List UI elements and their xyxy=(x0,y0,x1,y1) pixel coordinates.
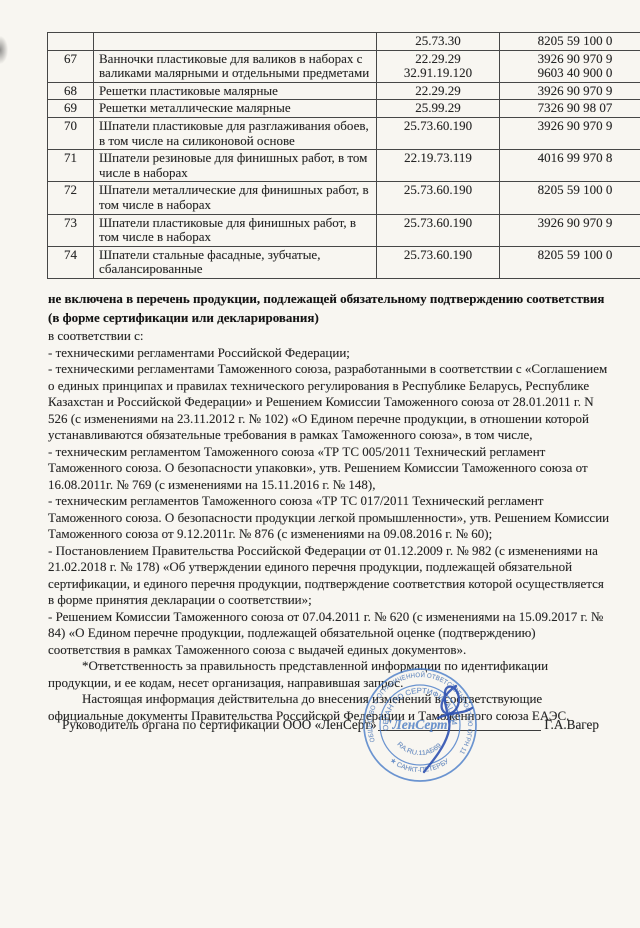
product-codes-table-body: 25.73.30 8205 59 100 0 67 Ванночки пласт… xyxy=(48,33,640,279)
okpd-code-cell: 22.29.29 xyxy=(377,82,500,100)
legal-reference-item: - Решением Комиссии Таможенного союза от… xyxy=(48,609,610,659)
row-number-cell: 71 xyxy=(48,150,94,182)
scanned-document-page: 25.73.30 8205 59 100 0 67 Ванночки пласт… xyxy=(0,0,640,928)
intro-line: в соответствии с: xyxy=(48,328,610,345)
table-row: 68 Решетки пластиковые малярные 22.29.29… xyxy=(48,82,640,100)
okpd-code-cell: 25.73.60.190 xyxy=(377,246,500,278)
description-cell: Шпатели пластиковые для разглаживания об… xyxy=(94,117,377,149)
row-number-cell: 70 xyxy=(48,117,94,149)
signature-label: Руководитель органа по сертификации ООО … xyxy=(62,717,377,733)
tnved-code-cell: 3926 90 970 9 xyxy=(500,117,640,149)
description-cell: Ванночки пластиковые для валиков в набор… xyxy=(94,50,377,82)
tnved-code-cell: 3926 90 970 9 xyxy=(500,82,640,100)
tnved-code-cell: 3926 90 970 9 xyxy=(500,214,640,246)
table-row: 69 Решетки металлические малярные 25.99.… xyxy=(48,100,640,118)
tnved-code-cell: 3926 90 970 99603 40 900 0 xyxy=(500,50,640,82)
statement-body: не включена в перечень продукции, подлеж… xyxy=(48,289,610,724)
note-responsibility: *Ответственность за правильность предста… xyxy=(48,658,610,691)
row-number-cell: 72 xyxy=(48,182,94,214)
okpd-code-cell: 25.73.60.190 xyxy=(377,117,500,149)
signatory-name: Г.А.Вагер xyxy=(544,717,599,733)
description-cell: Решетки металлические малярные xyxy=(94,100,377,118)
description-cell: Шпатели резиновые для финишных работ, в … xyxy=(94,150,377,182)
handwritten-signature xyxy=(398,672,498,782)
table-row: 71 Шпатели резиновые для финишных работ,… xyxy=(48,150,640,182)
legal-reference-item: - техническим регламентов Таможенного со… xyxy=(48,493,610,543)
tnved-code-cell: 4016 99 970 8 xyxy=(500,150,640,182)
tnved-code-cell: 8205 59 100 0 xyxy=(500,182,640,214)
description-cell: Шпатели стальные фасадные, зубчатые, сба… xyxy=(94,246,377,278)
tnved-code-cell: 7326 90 98 07 xyxy=(500,100,640,118)
row-number-cell: 69 xyxy=(48,100,94,118)
legal-reference-item: - техническим регламентом Таможенного со… xyxy=(48,444,610,494)
legal-reference-item: - Постановлением Правительства Российско… xyxy=(48,543,610,609)
row-number-cell: 74 xyxy=(48,246,94,278)
legal-reference-item: - техническими регламентами Таможенного … xyxy=(48,361,610,444)
okpd-code-cell: 25.99.29 xyxy=(377,100,500,118)
product-codes-table: 25.73.30 8205 59 100 0 67 Ванночки пласт… xyxy=(47,32,640,279)
description-cell: Решетки пластиковые малярные xyxy=(94,82,377,100)
description-cell: Шпатели пластиковые для финишных работ, … xyxy=(94,214,377,246)
row-number-cell: 73 xyxy=(48,214,94,246)
signature-row: Руководитель органа по сертификации ООО … xyxy=(62,717,599,733)
tnved-code-cell: 8205 59 100 0 xyxy=(500,246,640,278)
okpd-code-cell: 25.73.30 xyxy=(377,33,500,51)
table-row: 70 Шпатели пластиковые для разглаживания… xyxy=(48,117,640,149)
okpd-code-cell: 25.73.60.190 xyxy=(377,182,500,214)
description-cell: Шпатели металлические для финишных работ… xyxy=(94,182,377,214)
table-row: 72 Шпатели металлические для финишных ра… xyxy=(48,182,640,214)
table-row: 74 Шпатели стальные фасадные, зубчатые, … xyxy=(48,246,640,278)
tnved-code-cell: 8205 59 100 0 xyxy=(500,33,640,51)
okpd-code-cell: 22.29.2932.91.19.120 xyxy=(377,50,500,82)
row-number-cell xyxy=(48,33,94,51)
okpd-code-cell: 22.19.73.119 xyxy=(377,150,500,182)
statement-bold-lead: не включена в перечень продукции, подлеж… xyxy=(48,289,610,327)
okpd-code-cell: 25.73.60.190 xyxy=(377,214,500,246)
table-row: 73 Шпатели пластиковые для финишных рабо… xyxy=(48,214,640,246)
table-row: 25.73.30 8205 59 100 0 xyxy=(48,33,640,51)
legal-reference-item: - техническими регламентами Российской Ф… xyxy=(48,345,610,362)
row-number-cell: 67 xyxy=(48,50,94,82)
scan-artifact xyxy=(0,36,8,64)
row-number-cell: 68 xyxy=(48,82,94,100)
table-row: 67 Ванночки пластиковые для валиков в на… xyxy=(48,50,640,82)
description-cell xyxy=(94,33,377,51)
